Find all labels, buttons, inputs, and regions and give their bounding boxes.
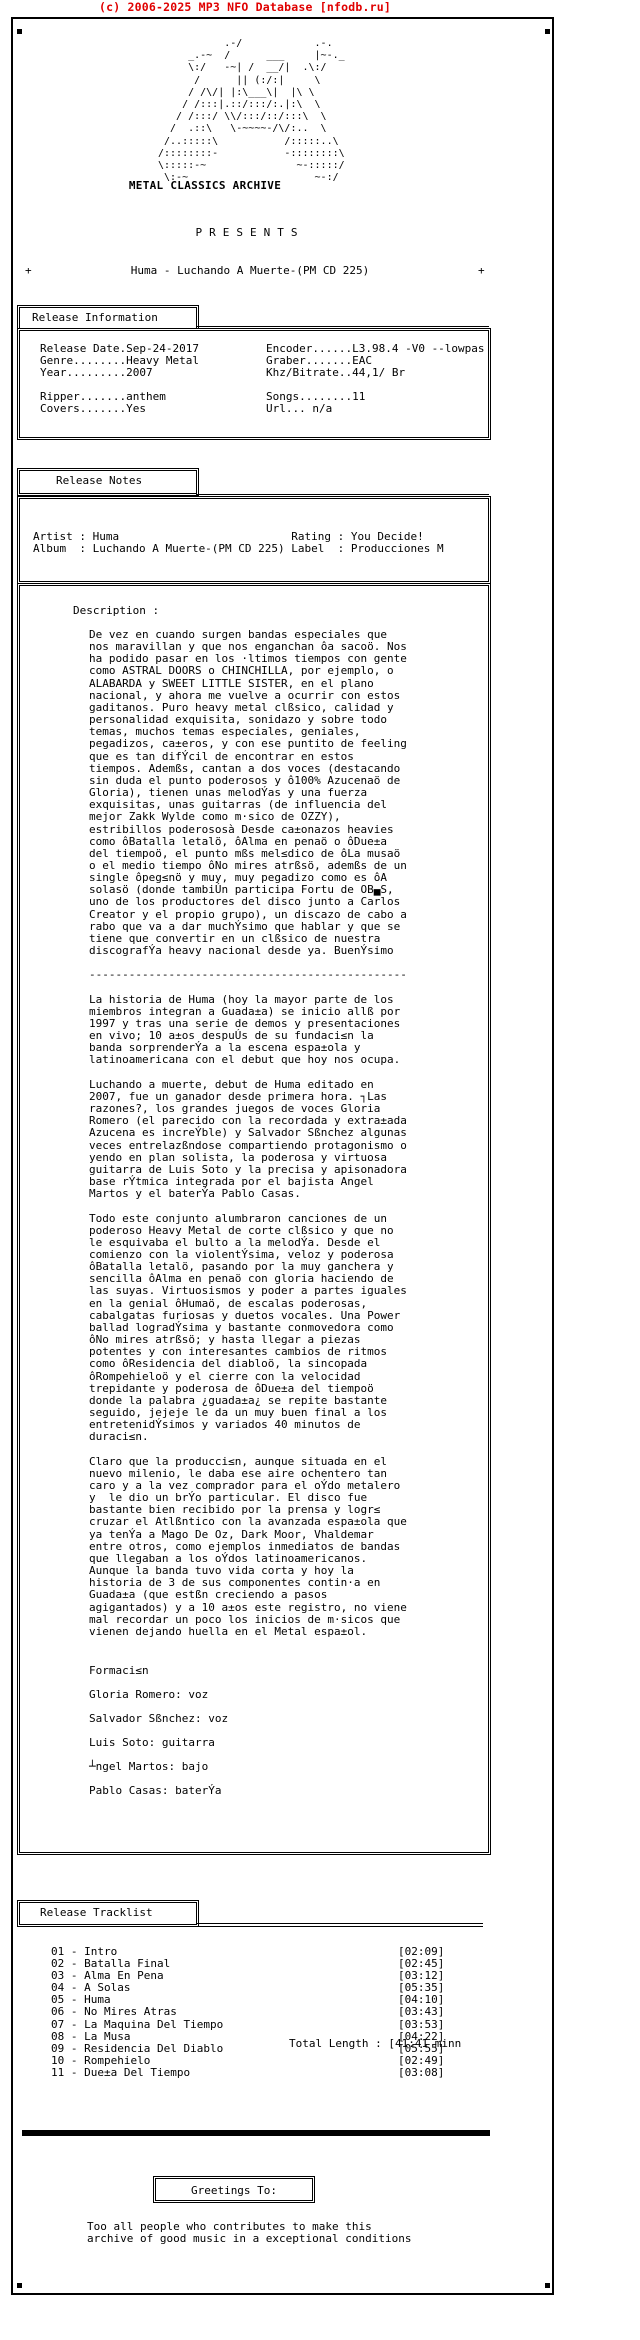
track-title: Rompehielo [84,2054,150,2067]
corner-marker-bottom-left [17,2283,22,2288]
track-title: Due±a Del Tiempo [84,2066,190,2079]
artist-album-info: Artist : Huma Rating : You Decide! Album… [33,531,444,555]
release-information-tab-label: Release Information [32,311,158,324]
info-khz-bitrate: Khz/Bitrate..44,1/ Br [266,367,485,379]
corner-marker-bottom-right [545,2283,550,2288]
track-length: [03:43] [398,2006,444,2018]
info-year: Year.........2007 [40,367,199,379]
track-separator: - [64,1981,84,1994]
track-separator: - [64,2066,84,2079]
tab-underline [17,1926,199,1927]
greetings-label: Greetings To: [191,2184,277,2197]
track-number: 05 [51,1993,64,2006]
album-line: Album : Luchando A Muerte-(PM CD 225) La… [33,543,444,555]
track-number: 11 [51,2066,64,2079]
release-notes-tab: Release Notes [17,468,199,496]
track-number: 07 [51,2018,64,2031]
lineup-member: Salvador Sßnchez: voz [89,1713,228,1725]
track-title: Batalla Final [84,1957,170,1970]
description-label: Description : [73,605,159,617]
track-number: 06 [51,2005,64,2018]
release-information-right-column: Encoder......L3.98.4 -V0 --lowpas Graber… [266,343,485,415]
lineup-heading: Formaci≤n [89,1665,228,1677]
tab-underline [196,1923,483,1924]
track-separator: - [64,2054,84,2067]
description-text: De vez en cuando surgen bandas especiale… [89,629,407,1638]
track-title: No Mires Atras [84,2005,177,2018]
plus-marker-right: + [478,264,485,277]
track-number: 04 [51,1981,64,1994]
track-separator: - [64,2042,84,2055]
lineup: Formaci≤n Gloria Romero: voz Salvador Sß… [89,1665,228,1797]
lineup-member: Pablo Casas: baterÝa [89,1785,228,1797]
track-separator: - [64,2005,84,2018]
ascii-logo: .-/ .-. _.-~ / ___ |~-._ \:/ -~| / __/| … [158,38,345,184]
total-length: Total Length : [41:41 minn [289,2038,461,2050]
release-tracklist-tab: Release Tracklist [17,1900,199,1927]
greetings-text: Too all people who contributes to make t… [87,2221,412,2245]
presents-heading: PRESENTS [0,226,500,239]
release-information-left-column: Release Date.Sep-24-2017 Genre........He… [40,343,199,415]
track-title: Intro [84,1945,117,1958]
tab-underline [196,494,489,495]
track-title: La Musa [84,2030,130,2043]
track-number: 01 [51,1945,64,1958]
track-separator: - [64,1945,84,1958]
track-number: 03 [51,1969,64,1982]
info-covers: Covers.......Yes [40,403,199,415]
track-separator: - [64,2030,84,2043]
track-separator: - [64,1957,84,1970]
track-number: 02 [51,1957,64,1970]
track-number: 10 [51,2054,64,2067]
site-header: (c) 2006-2025 MP3 NFO Database [nfodb.ru… [0,0,490,14]
tab-underline [196,1926,483,1927]
track-number: 08 [51,2030,64,2043]
lineup-member: Gloria Romero: voz [89,1689,228,1701]
info-url: Url... n/a [266,403,485,415]
corner-marker-top-left [17,29,22,34]
track-row: 11 - Due±a Del Tiempo[03:08] [51,2067,451,2079]
track-separator: - [64,1969,84,1982]
track-length: [03:08] [398,2067,444,2079]
track-title: Huma [84,1993,111,2006]
tab-underline [196,326,489,327]
release-title: Huma - Luchando A Muerte-(PM CD 225) [0,264,500,277]
corner-marker-top-right [545,29,550,34]
track-title: A Solas [84,1981,130,1994]
track-title: La Maquina Del Tiempo [84,2018,223,2031]
track-title: Residencia Del Diablo [84,2042,223,2055]
track-length: [03:53] [398,2019,444,2031]
track-list: 01 - Intro[02:09]02 - Batalla Final[02:4… [51,1946,451,2079]
track-number: 09 [51,2042,64,2055]
lineup-member: Luis Soto: guitarra [89,1737,228,1749]
greetings-label-box: Greetings To: [153,2176,315,2203]
track-row: 04 - A Solas[05:35] [51,1982,451,1994]
logo-caption: METAL CLASSICS ARCHIVE [0,179,410,192]
lineup-member: ┴ngel Martos: bajo [89,1761,228,1773]
track-title: Alma En Pena [84,1969,163,1982]
track-separator: - [64,1993,84,2006]
release-notes-tab-label: Release Notes [56,474,142,487]
track-separator: - [64,2018,84,2031]
section-divider-bar [22,2130,490,2136]
release-tracklist-tab-label: Release Tracklist [40,1906,153,1919]
